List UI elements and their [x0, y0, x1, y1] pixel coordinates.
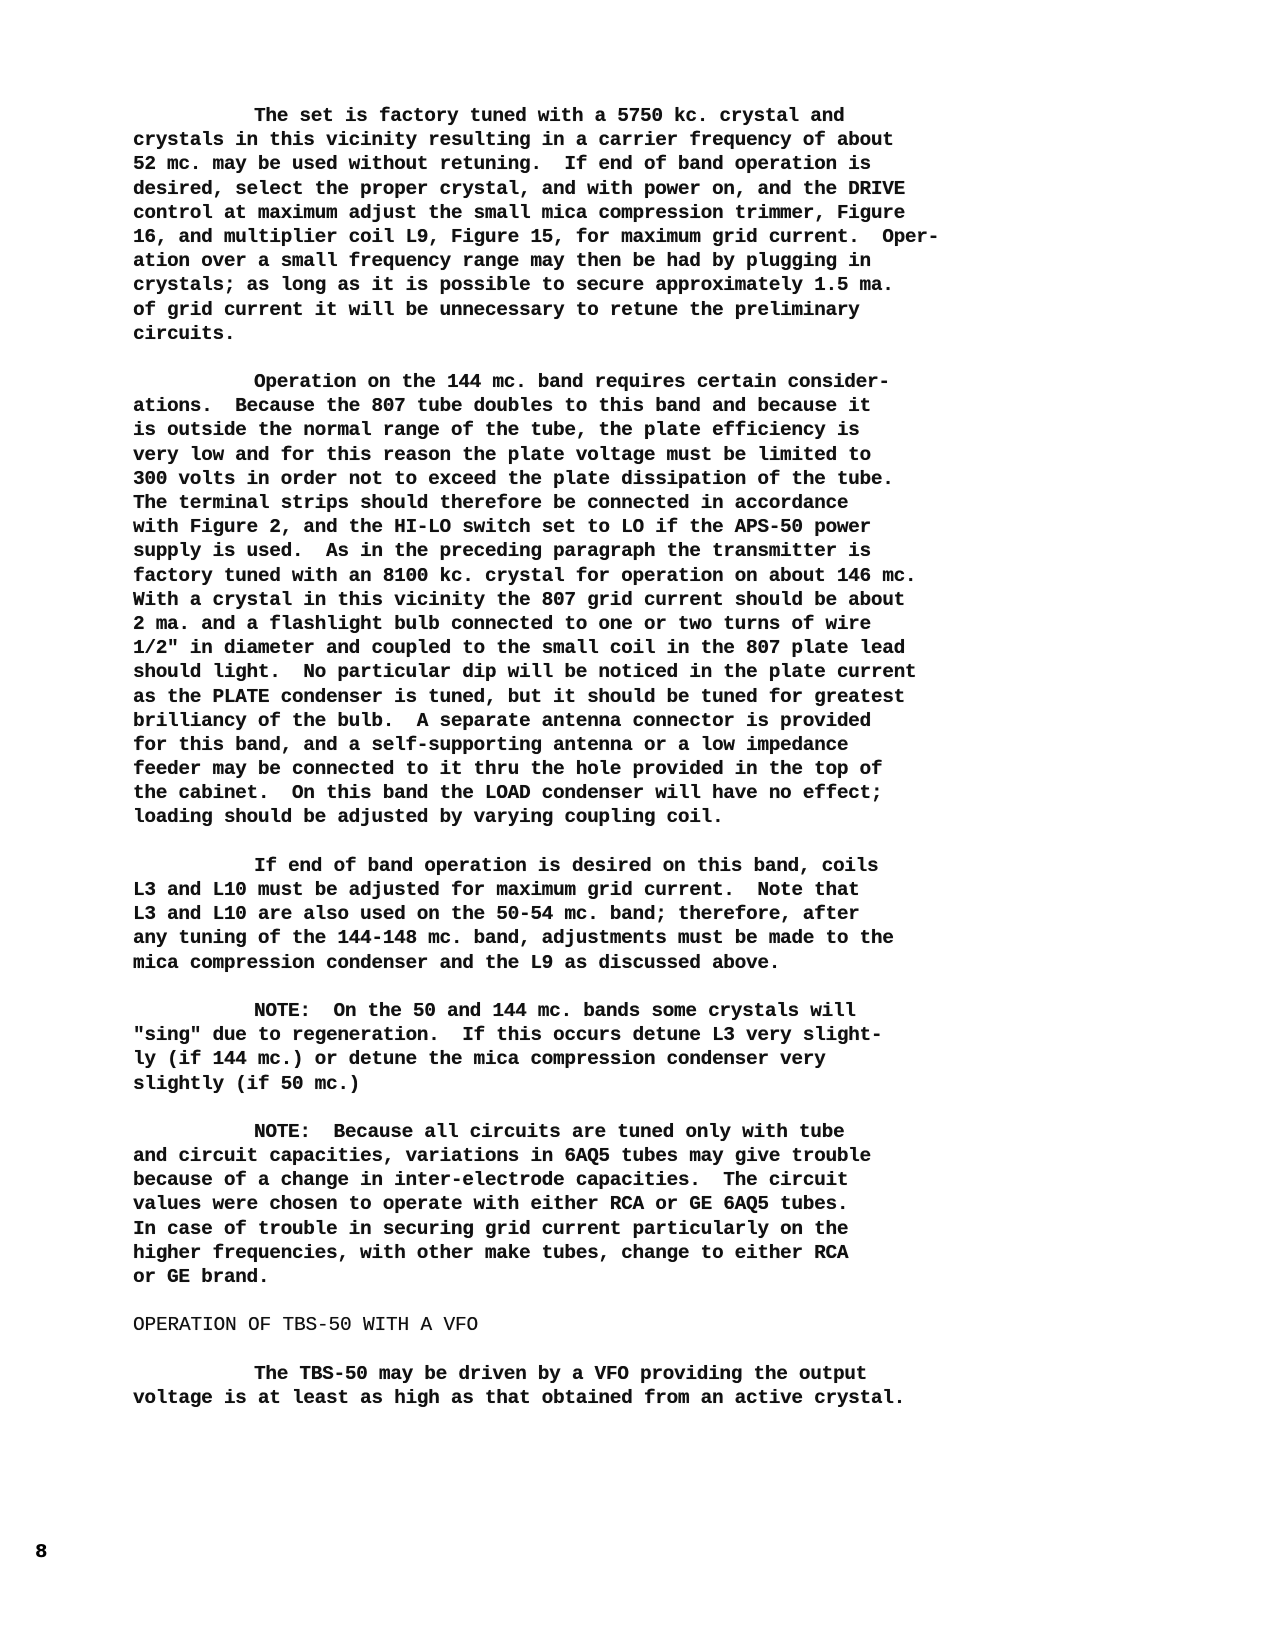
- text-line: because of a change in inter-electrode c…: [133, 1168, 973, 1192]
- text-line: ly (if 144 mc.) or detune the mica compr…: [133, 1047, 973, 1071]
- text-line: with Figure 2, and the HI-LO switch set …: [133, 515, 973, 539]
- text-line: ation over a small frequency range may t…: [133, 249, 973, 273]
- text-line: desired, select the proper crystal, and …: [133, 177, 973, 201]
- paragraph-operation-144: Operation on the 144 mc. band requires c…: [133, 370, 973, 830]
- text-line: and circuit capacities, variations in 6A…: [133, 1144, 973, 1168]
- text-line: NOTE: On the 50 and 144 mc. bands some c…: [133, 999, 973, 1023]
- text-line: 52 mc. may be used without retuning. If …: [133, 152, 973, 176]
- text-line: should light. No particular dip will be …: [133, 660, 973, 684]
- text-line: is outside the normal range of the tube,…: [133, 418, 973, 442]
- text-line: any tuning of the 144-148 mc. band, adju…: [133, 926, 973, 950]
- text-line: The terminal strips should therefore be …: [133, 491, 973, 515]
- text-line: With a crystal in this vicinity the 807 …: [133, 588, 973, 612]
- text-line: for this band, and a self-supporting ant…: [133, 733, 973, 757]
- paragraph-note-6aq5: NOTE: Because all circuits are tuned onl…: [133, 1120, 973, 1289]
- paragraph-end-of-band: If end of band operation is desired on t…: [133, 854, 973, 975]
- text-line: mica compression condenser and the L9 as…: [133, 951, 973, 975]
- text-line: 2 ma. and a flashlight bulb connected to…: [133, 612, 973, 636]
- text-line: circuits.: [133, 322, 973, 346]
- text-line: crystals; as long as it is possible to s…: [133, 273, 973, 297]
- text-line: control at maximum adjust the small mica…: [133, 201, 973, 225]
- text-line: the cabinet. On this band the LOAD conde…: [133, 781, 973, 805]
- text-line: In case of trouble in securing grid curr…: [133, 1217, 973, 1241]
- paragraph-note-sing: NOTE: On the 50 and 144 mc. bands some c…: [133, 999, 973, 1096]
- text-line: NOTE: Because all circuits are tuned onl…: [133, 1120, 973, 1144]
- text-line: voltage is at least as high as that obta…: [133, 1386, 973, 1410]
- paragraph-vfo-body: The TBS-50 may be driven by a VFO provid…: [133, 1362, 973, 1410]
- text-line: 300 volts in order not to exceed the pla…: [133, 467, 973, 491]
- text-line: brilliancy of the bulb. A separate anten…: [133, 709, 973, 733]
- text-line: feeder may be connected to it thru the h…: [133, 757, 973, 781]
- text-line: loading should be adjusted by varying co…: [133, 805, 973, 829]
- text-line: slightly (if 50 mc.): [133, 1072, 973, 1096]
- text-line: of grid current it will be unnecessary t…: [133, 298, 973, 322]
- text-line: higher frequencies, with other make tube…: [133, 1241, 973, 1265]
- section-heading-vfo: OPERATION OF TBS-50 WITH A VFO: [133, 1313, 973, 1337]
- section-heading: OPERATION OF TBS-50 WITH A VFO: [133, 1313, 973, 1337]
- text-line: The TBS-50 may be driven by a VFO provid…: [133, 1362, 973, 1386]
- paragraph-factory-tuning: The set is factory tuned with a 5750 kc.…: [133, 104, 973, 346]
- text-line: supply is used. As in the preceding para…: [133, 539, 973, 563]
- text-line: very low and for this reason the plate v…: [133, 443, 973, 467]
- text-line: Operation on the 144 mc. band requires c…: [133, 370, 973, 394]
- text-line: If end of band operation is desired on t…: [133, 854, 973, 878]
- text-line: L3 and L10 are also used on the 50-54 mc…: [133, 902, 973, 926]
- text-line: or GE brand.: [133, 1265, 973, 1289]
- text-line: crystals in this vicinity resulting in a…: [133, 128, 973, 152]
- text-line: as the PLATE condenser is tuned, but it …: [133, 685, 973, 709]
- text-line: "sing" due to regeneration. If this occu…: [133, 1023, 973, 1047]
- text-line: 1/2" in diameter and coupled to the smal…: [133, 636, 973, 660]
- text-line: ations. Because the 807 tube doubles to …: [133, 394, 973, 418]
- text-line: L3 and L10 must be adjusted for maximum …: [133, 878, 973, 902]
- text-line: values were chosen to operate with eithe…: [133, 1192, 973, 1216]
- page-number: 8: [35, 1542, 48, 1562]
- text-line: factory tuned with an 8100 kc. crystal f…: [133, 564, 973, 588]
- text-line: The set is factory tuned with a 5750 kc.…: [133, 104, 973, 128]
- text-line: 16, and multiplier coil L9, Figure 15, f…: [133, 225, 973, 249]
- document-page: The set is factory tuned with a 5750 kc.…: [133, 104, 973, 1434]
